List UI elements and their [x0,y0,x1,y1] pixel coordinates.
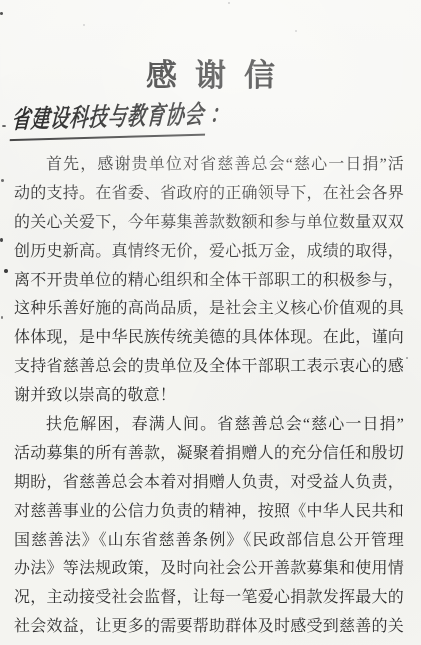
scan-artifact [83,24,85,26]
scan-artifact [406,357,408,359]
letter-line: 创历史新高。真情终无价，爱心抵万金，成绩的取得， [14,238,404,267]
letter-line: 对慈善事业的公信力负责的精神，按照《中华人民共和 [14,498,404,527]
scan-artifact [0,238,3,242]
letter-line: 社会效益，让更多的需要帮助群体及时感受到慈善的关 [14,613,404,642]
letter-line: 办法》等法规政策，及时向社会公开善款募集和使用情 [14,555,404,584]
salutation-recipient-handwritten: 省建设科技与教育协会 [10,99,208,142]
scan-artifact [0,12,3,15]
letter-line: 体体现，是中华民族传统美德的具体体现。在此，谨向 [14,324,404,353]
letter-line: 期盼，省慈善总会本着对捐赠人负责，对受益人负责， [14,469,404,498]
letter-body: 首先，感谢贵单位对省慈善总会“慈心一日捐”活 动的支持。在省委、省政府的正确领导… [14,151,404,642]
scan-artifact [295,30,297,32]
salutation-line: 省建设科技与教育协会： [10,98,230,141]
letter-line: 这种乐善好施的高尚品质，是社会主义核心价值观的具 [14,295,404,324]
scan-artifact [228,2,230,4]
letter-line: 离不开贵单位的精心组织和全体干部职工的积极参与， [14,267,404,296]
salutation-colon: ： [209,98,230,131]
letter-title: 感谢信 [0,50,421,95]
scan-artifact [1,179,4,182]
letter-line: 动的支持。在省委、省政府的正确领导下，在社会各界 [14,180,404,209]
letter-line: 支持省慈善总会的贵单位及全体干部职工表示衷心的感 [14,353,404,382]
letter-line: 国慈善法》《山东省慈善条例》《民政部信息公开管理 [14,527,404,556]
letter-line: 首先，感谢贵单位对省慈善总会“慈心一日捐”活 [14,151,404,180]
paragraph-1: 首先，感谢贵单位对省慈善总会“慈心一日捐”活 动的支持。在省委、省政府的正确领导… [14,151,404,411]
letter-line: 扶危解困，春满人间。省慈善总会“慈心一日捐” [14,411,404,440]
paragraph-2: 扶危解困，春满人间。省慈善总会“慈心一日捐” 活动募集的所有善款，凝聚着捐赠人的… [14,411,404,642]
letter-line: 况，主动接受社会监督，让每一笔爱心捐款发挥最大的 [14,584,404,613]
scan-artifact [4,269,8,273]
scan-artifact [1,316,3,319]
letter-line: 的关心关爱下，今年募集善款数额和参与单位数量双双 [14,209,404,238]
letter-line: 谢并致以崇高的敬意！ [14,382,404,411]
scanned-letter-page: 感谢信 省建设科技与教育协会： 首先，感谢贵单位对省慈善总会“慈心一日捐”活 动… [0,0,421,645]
letter-line: 活动募集的所有善款，凝聚着捐赠人的充分信任和殷切 [14,440,404,469]
scan-artifact [2,125,6,127]
